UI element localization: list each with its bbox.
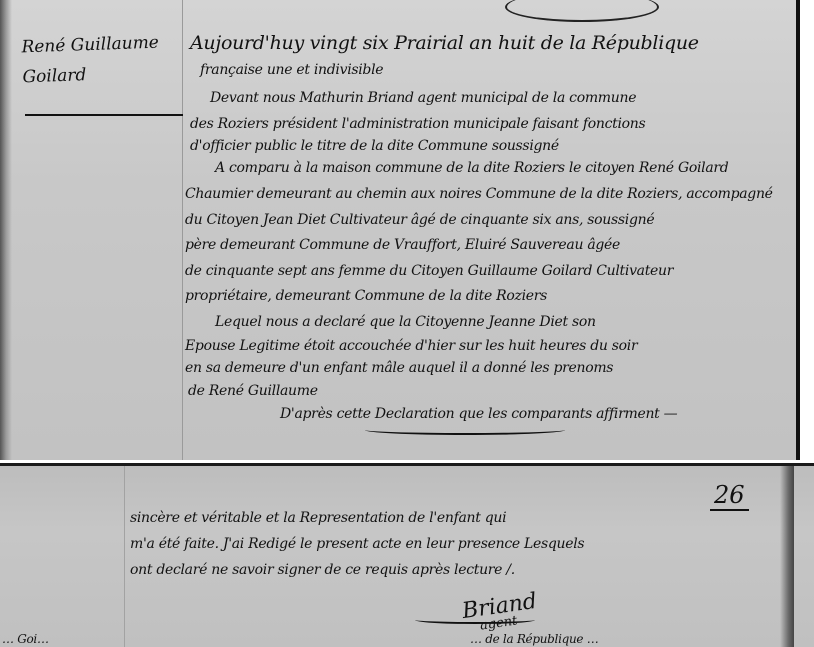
margin-name-line2: Goilard [22,58,160,93]
record-line-9: père demeurant Commune de Vrauffort, Elu… [185,237,620,253]
margin-rule [182,0,183,460]
record-line-11: propriétaire, demeurant Commune de la di… [185,288,547,304]
record-continued-line-1: sincère et véritable et la Representatio… [130,510,506,526]
record-line-12: Lequel nous a declaré que la Citoyenne J… [215,314,596,330]
next-record-partial: … de la République … [470,632,598,646]
record-line-10: de cinquante sept ans femme du Citoyen G… [185,263,673,279]
page-number: 26 [710,481,749,511]
record-line-15: de René Guillaume [188,383,318,399]
record-continued-line-3: ont declaré ne savoir signer de ce requi… [130,562,515,578]
record-continued-line-2: m'a été faite. J'ai Redigé le present ac… [130,536,584,552]
record-line-4: des Roziers président l'administration m… [190,116,645,132]
flourish-top-decoration [505,0,659,22]
record-line-14: en sa demeure d'un enfant mâle auquel il… [185,360,613,376]
next-margin-partial: … Goi… [2,632,49,646]
record-line-7: Chaumier demeurant au chemin aux noires … [185,186,773,202]
margin-subject-name: René Guillaume Goilard [21,28,160,93]
register-page-lower: 26 sincère et véritable et la Representa… [0,463,814,647]
margin-name-line1: René Guillaume [21,28,159,63]
record-line-1: Aujourd'huy vingt six Prairial an huit d… [190,32,699,54]
record-line-13: Epouse Legitime étoit accouchée d'hier s… [185,338,637,354]
record-line-2: française une et indivisible [200,62,383,78]
record-line-3: Devant nous Mathurin Briand agent munici… [210,90,636,106]
record-line-16: D'après cette Declaration que les compar… [280,406,677,422]
record-line-6: A comparu à la maison commune de la dite… [215,160,728,176]
record-line-5: d'officier public le titre de la dite Co… [190,138,559,154]
record-line-8: du Citoyen Jean Diet Cultivateur âgé de … [185,212,654,228]
margin-underline [25,114,183,116]
register-page-upper: René Guillaume Goilard Aujourd'huy vingt… [0,0,800,460]
closing-flourish [365,425,565,435]
margin-rule-lower [124,466,125,647]
signature-flourish [415,616,535,624]
